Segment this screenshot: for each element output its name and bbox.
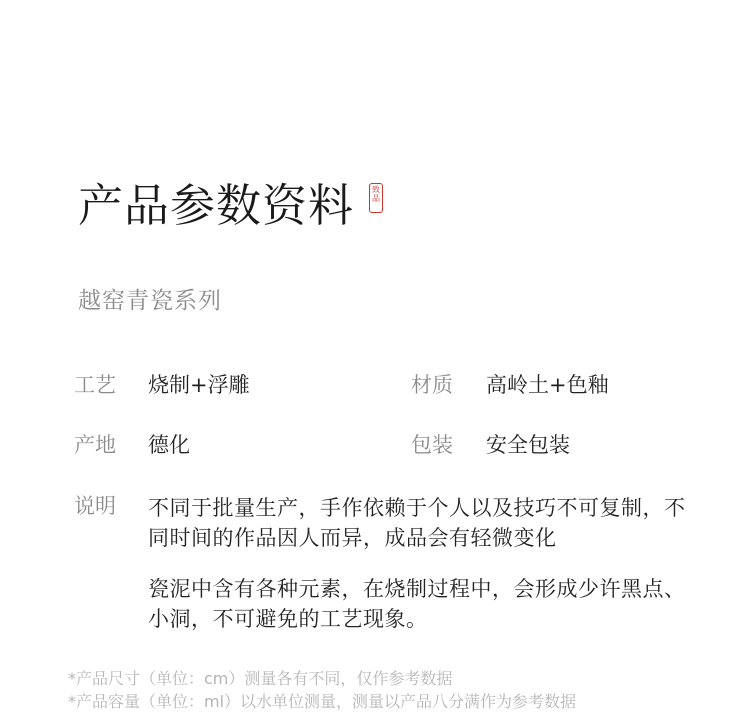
spec-value: 德化 <box>148 430 190 460</box>
description-paragraph-2: 瓷泥中含有各种元素，在烧制过程中，会形成少许黑点、小洞，不可避免的工艺现象。 <box>148 574 688 634</box>
spec-label: 材质 <box>411 370 453 400</box>
spec-label: 工艺 <box>74 370 116 400</box>
size-note: *产品尺寸（单位：cm）测量各有不同，仅作参考数据 <box>68 668 452 690</box>
description-label: 说明 <box>74 491 116 521</box>
page-title: 产品参数资料 <box>78 176 354 236</box>
series-subtitle: 越窑青瓷系列 <box>78 282 222 315</box>
spec-value: 安全包装 <box>486 430 570 460</box>
seal-stamp-icon: 致品 <box>369 183 383 213</box>
spec-label: 包装 <box>411 430 453 460</box>
description-paragraph-1: 不同于批量生产，手作依赖于个人以及技巧不可复制，不同时间的作品因人而异，成品会有… <box>148 493 688 553</box>
spec-label: 产地 <box>74 430 116 460</box>
capacity-note: *产品容量（单位：ml）以水单位测量，测量以产品八分满作为参考数据 <box>68 691 576 712</box>
spec-value: 烧制+浮雕 <box>148 370 250 400</box>
spec-value: 高岭土+色釉 <box>486 370 609 400</box>
